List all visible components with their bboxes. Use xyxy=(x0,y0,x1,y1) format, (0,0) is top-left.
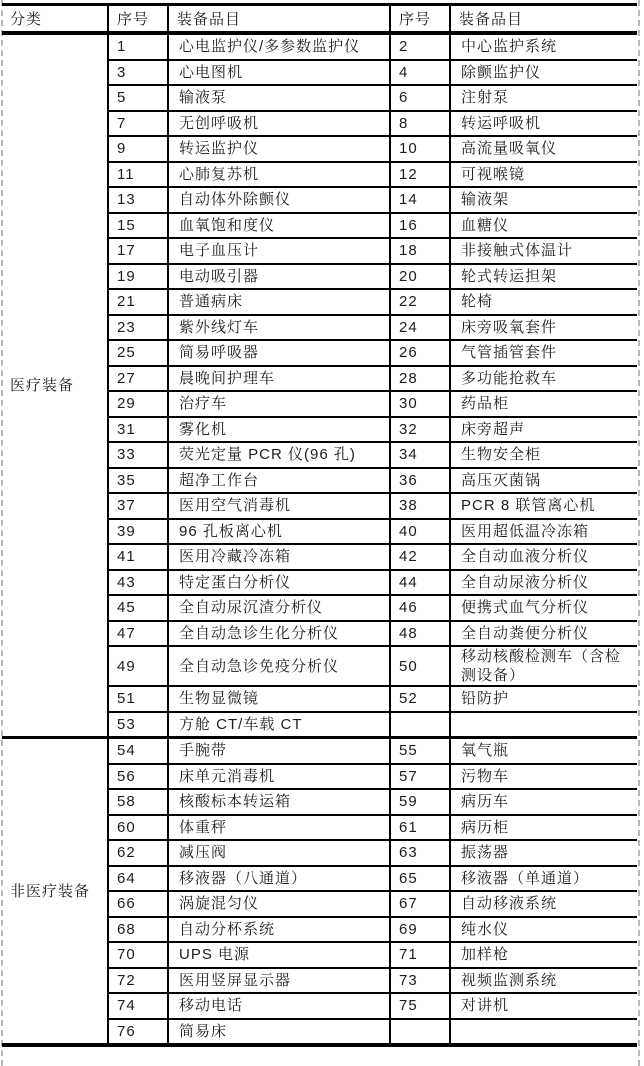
index-cell: 4 xyxy=(390,60,450,86)
item-cell: 医用冷藏冷冻箱 xyxy=(168,544,390,570)
item-cell: 医用竖屏显示器 xyxy=(168,968,390,994)
item-cell: 电动吸引器 xyxy=(168,264,390,290)
item-cell: 紫外线灯车 xyxy=(168,315,390,341)
item-cell: 全自动尿沉渣分析仪 xyxy=(168,595,390,621)
item-cell: 转运呼吸机 xyxy=(450,111,637,137)
index-cell: 40 xyxy=(390,519,450,545)
item-cell: 移动电话 xyxy=(168,993,390,1019)
item-cell: 纯水仪 xyxy=(450,917,637,943)
category-cell: 非医疗装备 xyxy=(2,738,108,1046)
index-cell: 12 xyxy=(390,162,450,188)
item-cell: 心肺复苏机 xyxy=(168,162,390,188)
item-cell: 自动分杯系统 xyxy=(168,917,390,943)
index-cell: 72 xyxy=(108,968,168,994)
table-row: 医疗装备1心电监护仪/多参数监护仪2中心监护系统 xyxy=(2,33,637,60)
index-cell: 2 xyxy=(390,33,450,60)
index-cell: 26 xyxy=(390,340,450,366)
index-cell: 15 xyxy=(108,213,168,239)
item-cell: 药品柜 xyxy=(450,391,637,417)
item-cell: 晨晚间护理车 xyxy=(168,366,390,392)
item-cell: 生物安全柜 xyxy=(450,442,637,468)
index-cell: 47 xyxy=(108,621,168,647)
item-cell: 自动移液系统 xyxy=(450,891,637,917)
item-cell: 涡旋混匀仪 xyxy=(168,891,390,917)
table-row: 非医疗装备54手腕带55氧气瓶 xyxy=(2,738,637,764)
item-cell: 高流量吸氧仪 xyxy=(450,136,637,162)
item-cell: 床旁吸氧套件 xyxy=(450,315,637,341)
index-cell: 73 xyxy=(390,968,450,994)
item-cell: 全自动尿液分析仪 xyxy=(450,570,637,596)
item-cell: 全自动急诊生化分析仪 xyxy=(168,621,390,647)
item-cell: 输液泵 xyxy=(168,85,390,111)
index-cell: 54 xyxy=(108,738,168,764)
index-cell: 63 xyxy=(390,840,450,866)
index-cell: 3 xyxy=(108,60,168,86)
item-cell: 可视喉镜 xyxy=(450,162,637,188)
item-cell: 手腕带 xyxy=(168,738,390,764)
item-cell: 高压灭菌锅 xyxy=(450,468,637,494)
index-cell: 69 xyxy=(390,917,450,943)
item-cell: 振荡器 xyxy=(450,840,637,866)
item-cell: 体重秤 xyxy=(168,815,390,841)
item-cell xyxy=(450,1019,637,1046)
index-cell: 29 xyxy=(108,391,168,417)
index-cell xyxy=(390,712,450,738)
index-cell: 46 xyxy=(390,595,450,621)
index-cell: 13 xyxy=(108,187,168,213)
index-cell: 28 xyxy=(390,366,450,392)
item-cell: 无创呼吸机 xyxy=(168,111,390,137)
index-cell: 57 xyxy=(390,764,450,790)
item-cell: 非接触式体温计 xyxy=(450,238,637,264)
item-cell: 血糖仪 xyxy=(450,213,637,239)
index-cell: 76 xyxy=(108,1019,168,1046)
index-cell: 20 xyxy=(390,264,450,290)
index-cell: 21 xyxy=(108,289,168,315)
item-cell xyxy=(450,712,637,738)
index-cell: 38 xyxy=(390,493,450,519)
item-cell: 全自动粪便分析仪 xyxy=(450,621,637,647)
item-cell: 移动核酸检测车（含检测设备） xyxy=(450,646,637,686)
index-cell: 67 xyxy=(390,891,450,917)
index-cell xyxy=(390,1019,450,1046)
item-cell: 移液器（单通道） xyxy=(450,866,637,892)
item-cell: 心电图机 xyxy=(168,60,390,86)
item-cell: 轮椅 xyxy=(450,289,637,315)
index-cell: 65 xyxy=(390,866,450,892)
index-cell: 49 xyxy=(108,646,168,686)
index-cell: 66 xyxy=(108,891,168,917)
item-cell: 病历车 xyxy=(450,789,637,815)
item-cell: 床单元消毒机 xyxy=(168,764,390,790)
index-cell: 71 xyxy=(390,942,450,968)
index-cell: 22 xyxy=(390,289,450,315)
item-cell: 中心监护系统 xyxy=(450,33,637,60)
header-row: 分类 序号 装备品目 序号 装备品目 xyxy=(2,5,637,34)
item-cell: 减压阀 xyxy=(168,840,390,866)
index-cell: 1 xyxy=(108,33,168,60)
document-page: 分类 序号 装备品目 序号 装备品目 医疗装备1心电监护仪/多参数监护仪2中心监… xyxy=(0,0,644,1066)
index-cell: 56 xyxy=(108,764,168,790)
item-cell: 全自动急诊免疫分析仪 xyxy=(168,646,390,686)
index-cell: 33 xyxy=(108,442,168,468)
equipment-table: 分类 序号 装备品目 序号 装备品目 医疗装备1心电监护仪/多参数监护仪2中心监… xyxy=(2,3,637,1047)
index-cell: 44 xyxy=(390,570,450,596)
index-cell: 30 xyxy=(390,391,450,417)
table-body: 医疗装备1心电监护仪/多参数监护仪2中心监护系统3心电图机4除颤监护仪5输液泵6… xyxy=(2,33,637,1045)
index-cell: 7 xyxy=(108,111,168,137)
item-cell: 输液架 xyxy=(450,187,637,213)
header-item-left: 装备品目 xyxy=(168,5,390,34)
index-cell: 17 xyxy=(108,238,168,264)
item-cell: 血氧饱和度仪 xyxy=(168,213,390,239)
header-index-right: 序号 xyxy=(390,5,450,34)
index-cell: 60 xyxy=(108,815,168,841)
index-cell: 75 xyxy=(390,993,450,1019)
index-cell: 36 xyxy=(390,468,450,494)
item-cell: 氧气瓶 xyxy=(450,738,637,764)
item-cell: 医用空气消毒机 xyxy=(168,493,390,519)
item-cell: 多功能抢救车 xyxy=(450,366,637,392)
index-cell: 5 xyxy=(108,85,168,111)
index-cell: 18 xyxy=(390,238,450,264)
item-cell: 超净工作台 xyxy=(168,468,390,494)
index-cell: 23 xyxy=(108,315,168,341)
item-cell: 电子血压计 xyxy=(168,238,390,264)
index-cell: 11 xyxy=(108,162,168,188)
item-cell: 全自动血液分析仪 xyxy=(450,544,637,570)
index-cell: 14 xyxy=(390,187,450,213)
item-cell: 轮式转运担架 xyxy=(450,264,637,290)
item-cell: 移液器（八通道） xyxy=(168,866,390,892)
index-cell: 59 xyxy=(390,789,450,815)
index-cell: 32 xyxy=(390,417,450,443)
index-cell: 41 xyxy=(108,544,168,570)
item-cell: 核酸标本转运箱 xyxy=(168,789,390,815)
index-cell: 37 xyxy=(108,493,168,519)
item-cell: 加样枪 xyxy=(450,942,637,968)
item-cell: 对讲机 xyxy=(450,993,637,1019)
index-cell: 62 xyxy=(108,840,168,866)
item-cell: 除颤监护仪 xyxy=(450,60,637,86)
index-cell: 42 xyxy=(390,544,450,570)
index-cell: 6 xyxy=(390,85,450,111)
header-item-right: 装备品目 xyxy=(450,5,637,34)
item-cell: 生物显微镜 xyxy=(168,686,390,712)
index-cell: 48 xyxy=(390,621,450,647)
index-cell: 27 xyxy=(108,366,168,392)
index-cell: 39 xyxy=(108,519,168,545)
index-cell: 10 xyxy=(390,136,450,162)
item-cell: 96 孔板离心机 xyxy=(168,519,390,545)
page-edge-right-dashed-line xyxy=(638,0,640,1066)
item-cell: 简易呼吸器 xyxy=(168,340,390,366)
index-cell: 53 xyxy=(108,712,168,738)
item-cell: 注射泵 xyxy=(450,85,637,111)
index-cell: 24 xyxy=(390,315,450,341)
item-cell: 铅防护 xyxy=(450,686,637,712)
category-cell: 医疗装备 xyxy=(2,33,108,738)
index-cell: 43 xyxy=(108,570,168,596)
item-cell: 治疗车 xyxy=(168,391,390,417)
item-cell: PCR 8 联管离心机 xyxy=(450,493,637,519)
index-cell: 34 xyxy=(390,442,450,468)
index-cell: 16 xyxy=(390,213,450,239)
item-cell: 方舱 CT/车载 CT xyxy=(168,712,390,738)
index-cell: 8 xyxy=(390,111,450,137)
item-cell: 便携式血气分析仪 xyxy=(450,595,637,621)
index-cell: 19 xyxy=(108,264,168,290)
index-cell: 58 xyxy=(108,789,168,815)
table-header: 分类 序号 装备品目 序号 装备品目 xyxy=(2,5,637,34)
item-cell: UPS 电源 xyxy=(168,942,390,968)
item-cell: 特定蛋白分析仪 xyxy=(168,570,390,596)
item-cell: 床旁超声 xyxy=(450,417,637,443)
item-cell: 简易床 xyxy=(168,1019,390,1046)
item-cell: 污物车 xyxy=(450,764,637,790)
index-cell: 74 xyxy=(108,993,168,1019)
index-cell: 61 xyxy=(390,815,450,841)
item-cell: 心电监护仪/多参数监护仪 xyxy=(168,33,390,60)
index-cell: 64 xyxy=(108,866,168,892)
index-cell: 70 xyxy=(108,942,168,968)
item-cell: 医用超低温冷冻箱 xyxy=(450,519,637,545)
item-cell: 自动体外除颤仪 xyxy=(168,187,390,213)
item-cell: 病历柜 xyxy=(450,815,637,841)
index-cell: 35 xyxy=(108,468,168,494)
index-cell: 45 xyxy=(108,595,168,621)
index-cell: 68 xyxy=(108,917,168,943)
header-index-left: 序号 xyxy=(108,5,168,34)
item-cell: 雾化机 xyxy=(168,417,390,443)
index-cell: 55 xyxy=(390,738,450,764)
item-cell: 普通病床 xyxy=(168,289,390,315)
index-cell: 52 xyxy=(390,686,450,712)
item-cell: 视频监测系统 xyxy=(450,968,637,994)
header-category: 分类 xyxy=(2,5,108,34)
item-cell: 转运监护仪 xyxy=(168,136,390,162)
index-cell: 31 xyxy=(108,417,168,443)
item-cell: 气管插管套件 xyxy=(450,340,637,366)
index-cell: 9 xyxy=(108,136,168,162)
index-cell: 25 xyxy=(108,340,168,366)
item-cell: 荧光定量 PCR 仪(96 孔) xyxy=(168,442,390,468)
index-cell: 50 xyxy=(390,646,450,686)
index-cell: 51 xyxy=(108,686,168,712)
